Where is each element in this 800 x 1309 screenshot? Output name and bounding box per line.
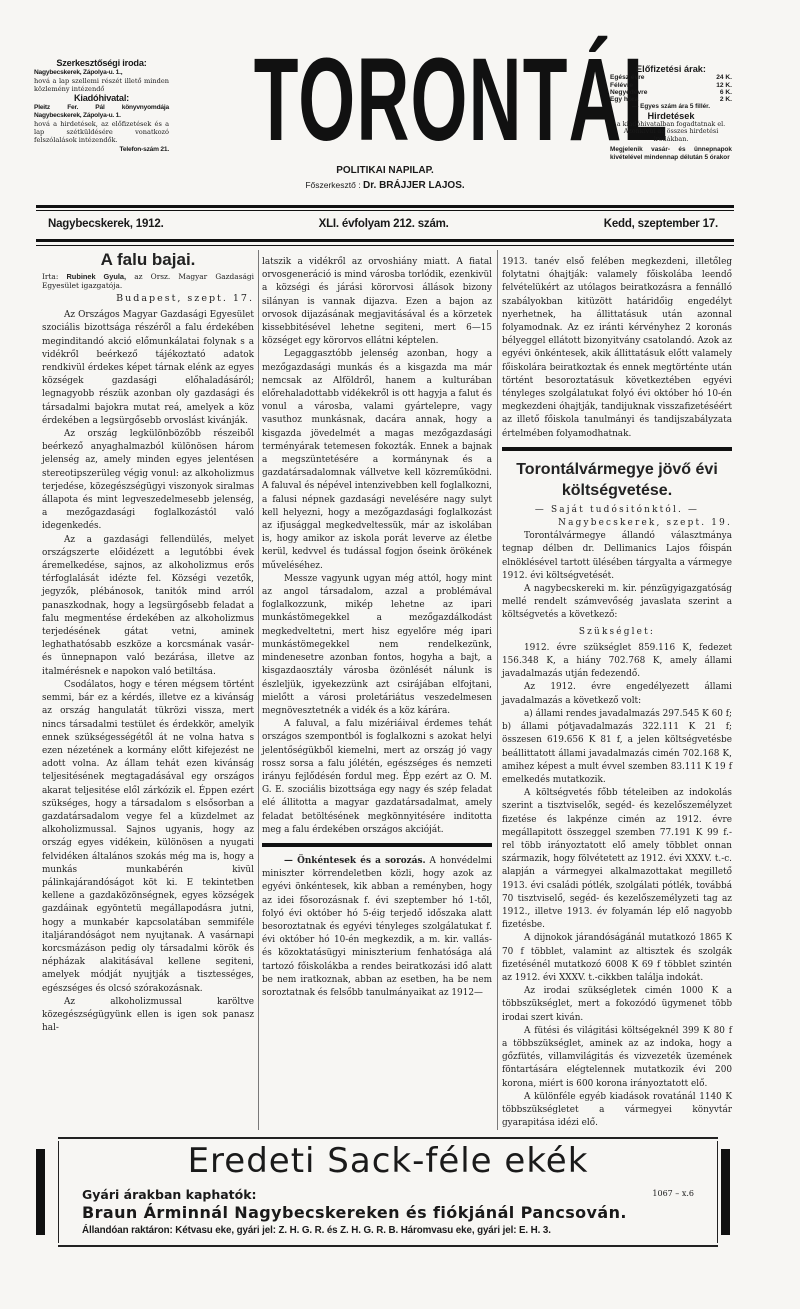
article-paragraph: a) állami rendes javadalmazás 297.545 K …	[502, 708, 732, 787]
article-source: — Saját tudósitónktól. —	[502, 504, 732, 517]
issue-date: Kedd, szeptember 17.	[604, 218, 718, 230]
price-value: 6 K.	[720, 89, 732, 96]
ads-note: a kiadóhivatalban fogadtatnak el. Azonkí…	[610, 121, 732, 143]
price-label: Félévre	[610, 82, 633, 89]
column-1: A falu bajai. Irta: Rubinek Gyula, az Or…	[42, 250, 254, 1035]
price-label: Negyedévre	[610, 89, 647, 96]
ads-heading: Hirdetések	[610, 113, 732, 120]
article-title: Torontálvármegye jövő évi költségvetése.	[502, 459, 732, 501]
article-paragraph: latszik a vidékről az orvoshiány miatt. …	[262, 256, 492, 348]
article-paragraph: Legaggasztóbb jelenség azonban, hogy a m…	[262, 348, 492, 572]
article-paragraph: A faluval, a falu mizériáival érdemes te…	[262, 718, 492, 837]
issue-dateline: Nagybecskerek, 1912. XLI. évfolyam 212. …	[48, 218, 718, 230]
ad-subtitle: Gyári árakban kaphatók:	[82, 1187, 257, 1202]
editorial-office-heading: Szerkesztőségi iroda:	[34, 59, 169, 67]
article-paragraph: Az a gazdasági fellendülés, melyet orszá…	[42, 534, 254, 679]
article-paragraph: Az alkoholizmussal karöltve közegészségü…	[42, 996, 254, 1036]
price-label: Egész évre	[610, 74, 644, 81]
phone-number: Telefon-szám 21.	[34, 146, 169, 154]
author-name: Rubinek Gyula,	[66, 272, 126, 281]
column-divider	[497, 250, 498, 1130]
article-byline: Irta: Rubinek Gyula, az Orsz. Magyar Gaz…	[42, 272, 254, 290]
place-year: Nagybecskerek, 1912.	[48, 218, 164, 230]
ad-stock-info: Állandóan raktáron: Kétvasu eke, gyári j…	[82, 1225, 551, 1236]
article-paragraph: Csodálatos, hogy e téren mégsem történt …	[42, 679, 254, 996]
article-paragraph: A fütési és világitási költségeknél 399 …	[502, 1025, 732, 1091]
news-lead: — Önkéntesek és a sorozás.	[284, 856, 426, 866]
publishing-office-heading: Kiadóhivatal:	[34, 94, 169, 102]
byline-prefix: Irta:	[42, 272, 58, 281]
advertisement-box: Eredeti Sack-féle ekék Gyári árakban kap…	[58, 1137, 718, 1247]
article-paragraph: Az irodai szükségletek cimén 1000 K a tö…	[502, 985, 732, 1025]
editorial-office-note: hová a lap szellemi részét illető minden…	[34, 77, 169, 93]
publishing-office-note: hová a hirdetések, az előfizetések és a …	[34, 120, 169, 144]
section-separator	[502, 447, 732, 451]
ad-bar-right	[721, 1149, 730, 1235]
editorial-office-box: Szerkesztőségi iroda: Nagybecskerek, Záp…	[34, 58, 169, 154]
subscription-prices-heading: Előfizetési árak:	[610, 66, 732, 73]
editor-in-chief: Főszerkesztő : Dr. BRÁJJER LAJOS.	[210, 180, 560, 191]
masthead-title: TORONTÁL	[254, 50, 521, 150]
subscription-box: Előfizetési árak: Egész évre24 K. Félévr…	[610, 64, 732, 161]
article-title: A falu bajai.	[42, 250, 254, 270]
article-paragraph: A nagybecskereki m. kir. pénzügyigazgató…	[502, 583, 732, 623]
news-text: A honvédelmi miniszter körrendeletben kö…	[262, 856, 492, 998]
header-rule-top-thin	[36, 210, 734, 211]
header-rule-top	[36, 205, 734, 208]
article-paragraph: Torontálvármegye állandó választmánya te…	[502, 530, 732, 583]
article-place-date: Budapest, szept. 17.	[42, 292, 254, 305]
article-place-date: Nagybecskerek, szept. 19.	[502, 517, 732, 530]
ad-title: Eredeti Sack-féle ekék	[58, 1141, 718, 1181]
price-value: 24 K.	[716, 74, 732, 81]
price-row: Egy hóra2 K.	[610, 96, 732, 103]
price-label: Egy hóra	[610, 96, 638, 103]
ad-code: 1067 – x.6	[652, 1189, 694, 1198]
ad-bar-left	[36, 1149, 45, 1235]
tagline: POLITIKAI NAPILAP.	[210, 165, 560, 177]
volume-number: XLI. évfolyam 212. szám.	[319, 218, 449, 230]
price-row: Egész évre24 K.	[610, 74, 732, 81]
column-2: latszik a vidékről az orvoshiány miatt. …	[262, 256, 492, 1000]
article-paragraph: A különféle egyéb kiadások rovatánál 114…	[502, 1091, 732, 1131]
article-paragraph: Az 1912. évre engedélyezett állami javad…	[502, 681, 732, 707]
news-continuation: 1913. tanév első felében megkezdeni, ill…	[502, 256, 732, 441]
article-paragraph: A költségvetés főbb tételeiben az indoko…	[502, 787, 732, 932]
header-rule-bottom	[36, 239, 734, 242]
article-paragraph: 1912. évre szükséglet 859.116 K, fedezet…	[502, 642, 732, 682]
article-paragraph: Az Országos Magyar Gazdasági Egyesület s…	[42, 309, 254, 428]
column-divider	[258, 250, 259, 1130]
article-subheading: Szükséglet:	[502, 626, 732, 639]
editorial-office-address: Nagybecskerek, Zápolya-u. 1.,	[34, 69, 169, 77]
price-row: Félévre12 K.	[610, 82, 732, 89]
column-3: 1913. tanév első felében megkezdeni, ill…	[502, 256, 732, 1130]
news-item: — Önkéntesek és a sorozás. A honvédelmi …	[262, 855, 492, 1000]
price-row: Negyedévre6 K.	[610, 89, 732, 96]
article-paragraph: Az ország legkülönbözőbb részeiből beérk…	[42, 428, 254, 534]
publication-schedule: Megjelenik vasár- és ünnepnapok kivételé…	[610, 146, 732, 161]
price-value: 2 K.	[720, 96, 732, 103]
article-paragraph: A dijnokok járandóságánál mutatkozó 1865…	[502, 932, 732, 985]
ad-dealer: Braun Árminnál Nagybecskereken és fiókjá…	[82, 1203, 627, 1222]
editor-label: Főszerkesztő :	[305, 180, 360, 190]
editor-name: Dr. BRÁJJER LAJOS.	[363, 180, 465, 191]
publishing-office-address: Pleitz Fer. Pál könyvnyomdája Nagybecske…	[34, 104, 169, 120]
header-rule-bottom-thin	[36, 245, 734, 246]
section-separator	[262, 843, 492, 847]
single-issue-price: — Egyes szám ára 5 fillér.	[610, 103, 732, 110]
price-value: 12 K.	[716, 82, 732, 89]
article-paragraph: Messze vagyunk ugyan még attól, hogy min…	[262, 573, 492, 718]
